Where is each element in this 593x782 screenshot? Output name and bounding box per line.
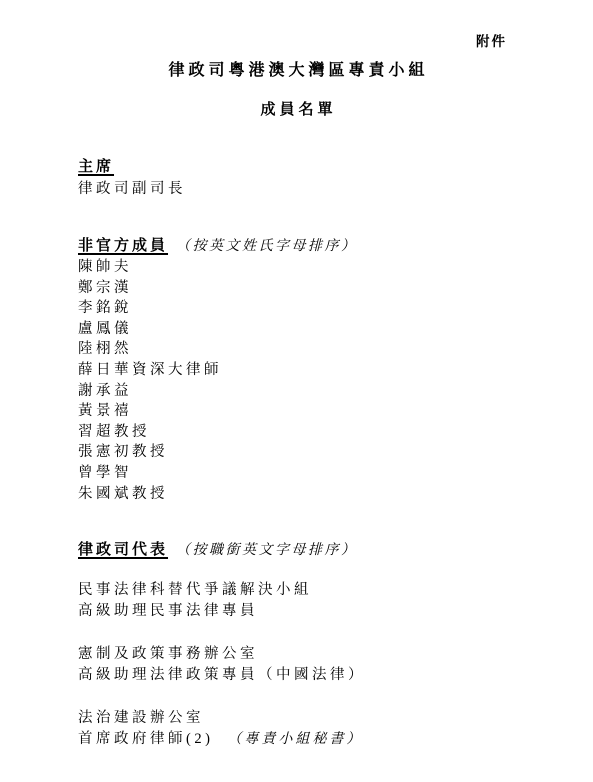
member-name: 鄭宗漢	[78, 278, 222, 299]
page-subtitle: 成員名單	[0, 98, 593, 119]
doj-division: 民事法律科替代爭議解決小組	[78, 580, 366, 601]
member-name: 謝承益	[78, 381, 222, 402]
member-name: 李銘銳	[78, 298, 222, 319]
section-doj-heading-row: 律政司代表（按職銜英文字母排序）	[78, 538, 358, 559]
doj-division: 法治建設辦公室	[78, 708, 366, 729]
doj-sort-note: （按職銜英文字母排序）	[176, 543, 358, 558]
member-name: 曾學智	[78, 463, 222, 484]
member-name: 張憲初教授	[78, 442, 222, 463]
document-page: 附件 律政司粵港澳大灣區專責小組 成員名單 主席 律政司副司長 非官方成員（按英…	[0, 0, 593, 782]
appendix-label: 附件	[476, 30, 507, 50]
doj-post: 高級助理民事法律專員	[78, 601, 366, 622]
member-name: 陳帥夫	[78, 257, 222, 278]
member-name: 盧鳳儀	[78, 319, 222, 340]
member-name: 朱國斌教授	[78, 484, 222, 505]
doj-group: 民事法律科替代爭議解決小組 高級助理民事法律專員	[78, 580, 366, 621]
member-name: 薛日華資深大律師	[78, 360, 222, 381]
doj-post: 首席政府律師(2)	[78, 731, 213, 747]
page-title: 律政司粵港澳大灣區專責小組	[0, 57, 593, 80]
section-nonofficial-heading-row: 非官方成員（按英文姓氏字母排序）	[78, 234, 358, 255]
doj-post-row: 首席政府律師(2)（專責小組秘書）	[78, 729, 366, 751]
chairman-heading: 主席	[78, 159, 114, 175]
nonofficial-heading: 非官方成員	[78, 238, 168, 254]
member-name: 陸栩然	[78, 339, 222, 360]
doj-post: 高級助理法律政策專員（中國法律）	[78, 665, 366, 686]
secretary-note: （專責小組秘書）	[227, 732, 363, 747]
doj-group: 憲制及政策事務辦公室 高級助理法律政策專員（中國法律）	[78, 644, 366, 685]
chairman-member: 律政司副司長	[78, 179, 186, 200]
doj-heading: 律政司代表	[78, 542, 168, 558]
doj-group-list: 民事法律科替代爭議解決小組 高級助理民事法律專員 憲制及政策事務辦公室 高級助理…	[78, 580, 366, 774]
member-name: 黃景禧	[78, 401, 222, 422]
nonofficial-sort-note: （按英文姓氏字母排序）	[176, 239, 358, 254]
nonofficial-member-list: 陳帥夫 鄭宗漢 李銘銳 盧鳳儀 陸栩然 薛日華資深大律師 謝承益 黃景禧 習超教…	[78, 257, 222, 504]
doj-division: 憲制及政策事務辦公室	[78, 644, 366, 665]
doj-group: 法治建設辦公室 首席政府律師(2)（專責小組秘書）	[78, 708, 366, 750]
section-chairman: 主席	[78, 155, 114, 176]
member-name: 習超教授	[78, 422, 222, 443]
